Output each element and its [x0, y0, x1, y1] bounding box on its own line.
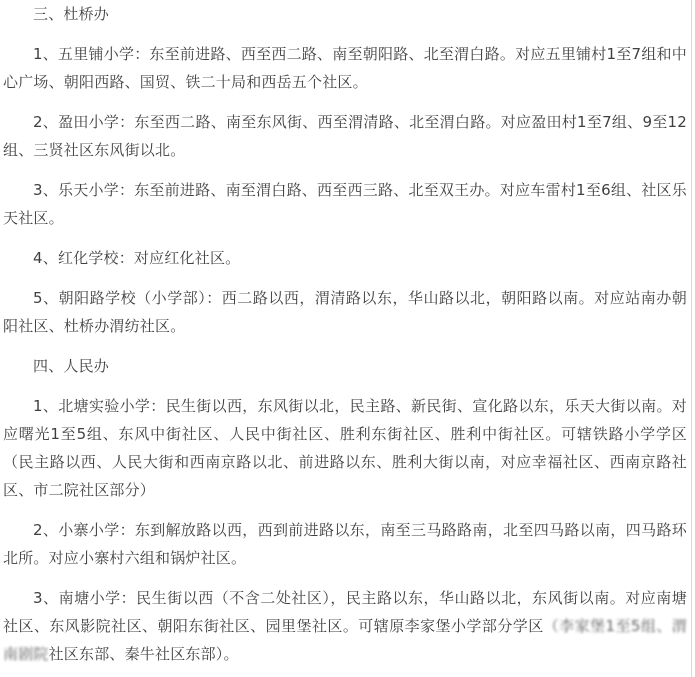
nantang-text-end: 社区东部、秦牛社区东部）。 [49, 645, 239, 663]
document-content: 三、杜桥办 1、五里铺小学：东至前进路、西至西二路、南至朝阳路、北至渭白路。对应… [0, 0, 695, 677]
paragraph-yingtian-primary-school: 2、盈田小学：东至西二路、南至东风街、西至渭清路、北至渭白路。对应盈田村1至7组… [3, 108, 687, 164]
paragraph-nantang-primary-school: 3、南塘小学：民生街以西（不含二处社区），民主路以东，华山路以北，东风街以南。对… [3, 584, 687, 668]
paragraph-beitang-experimental-primary-school: 1、北塘实验小学：民生街以西，东风街以北，民主路、新民街、宣化路以东，乐天大街以… [3, 392, 687, 504]
paragraph-xiaozhai-primary-school: 2、小寨小学：东到解放路以西，西到前进路以东，南至三马路路南，北至四马路以南，四… [3, 516, 687, 572]
paragraph-chaoyanglu-school: 5、朝阳路学校（小学部）：西二路以西，渭清路以东，华山路以北，朝阳路以南。对应站… [3, 284, 687, 340]
document-page: 三、杜桥办 1、五里铺小学：东至前进路、西至西二路、南至朝阳路、北至渭白路。对应… [0, 0, 695, 677]
paragraph-wulipu-primary-school: 1、五里铺小学：东至前进路、西至西二路、南至朝阳路、北至渭白路。对应五里铺村1至… [3, 40, 687, 96]
paragraph-honghua-school: 4、红化学校：对应红化社区。 [3, 244, 687, 272]
section-heading-duqiaoban: 三、杜桥办 [3, 0, 687, 28]
paragraph-letian-primary-school: 3、乐天小学：东至前进路、南至渭白路、西至西三路、北至双王办。对应车雷村1至6组… [3, 176, 687, 232]
section-heading-renminban: 四、人民办 [3, 352, 687, 380]
right-edge-rule [691, 0, 692, 677]
